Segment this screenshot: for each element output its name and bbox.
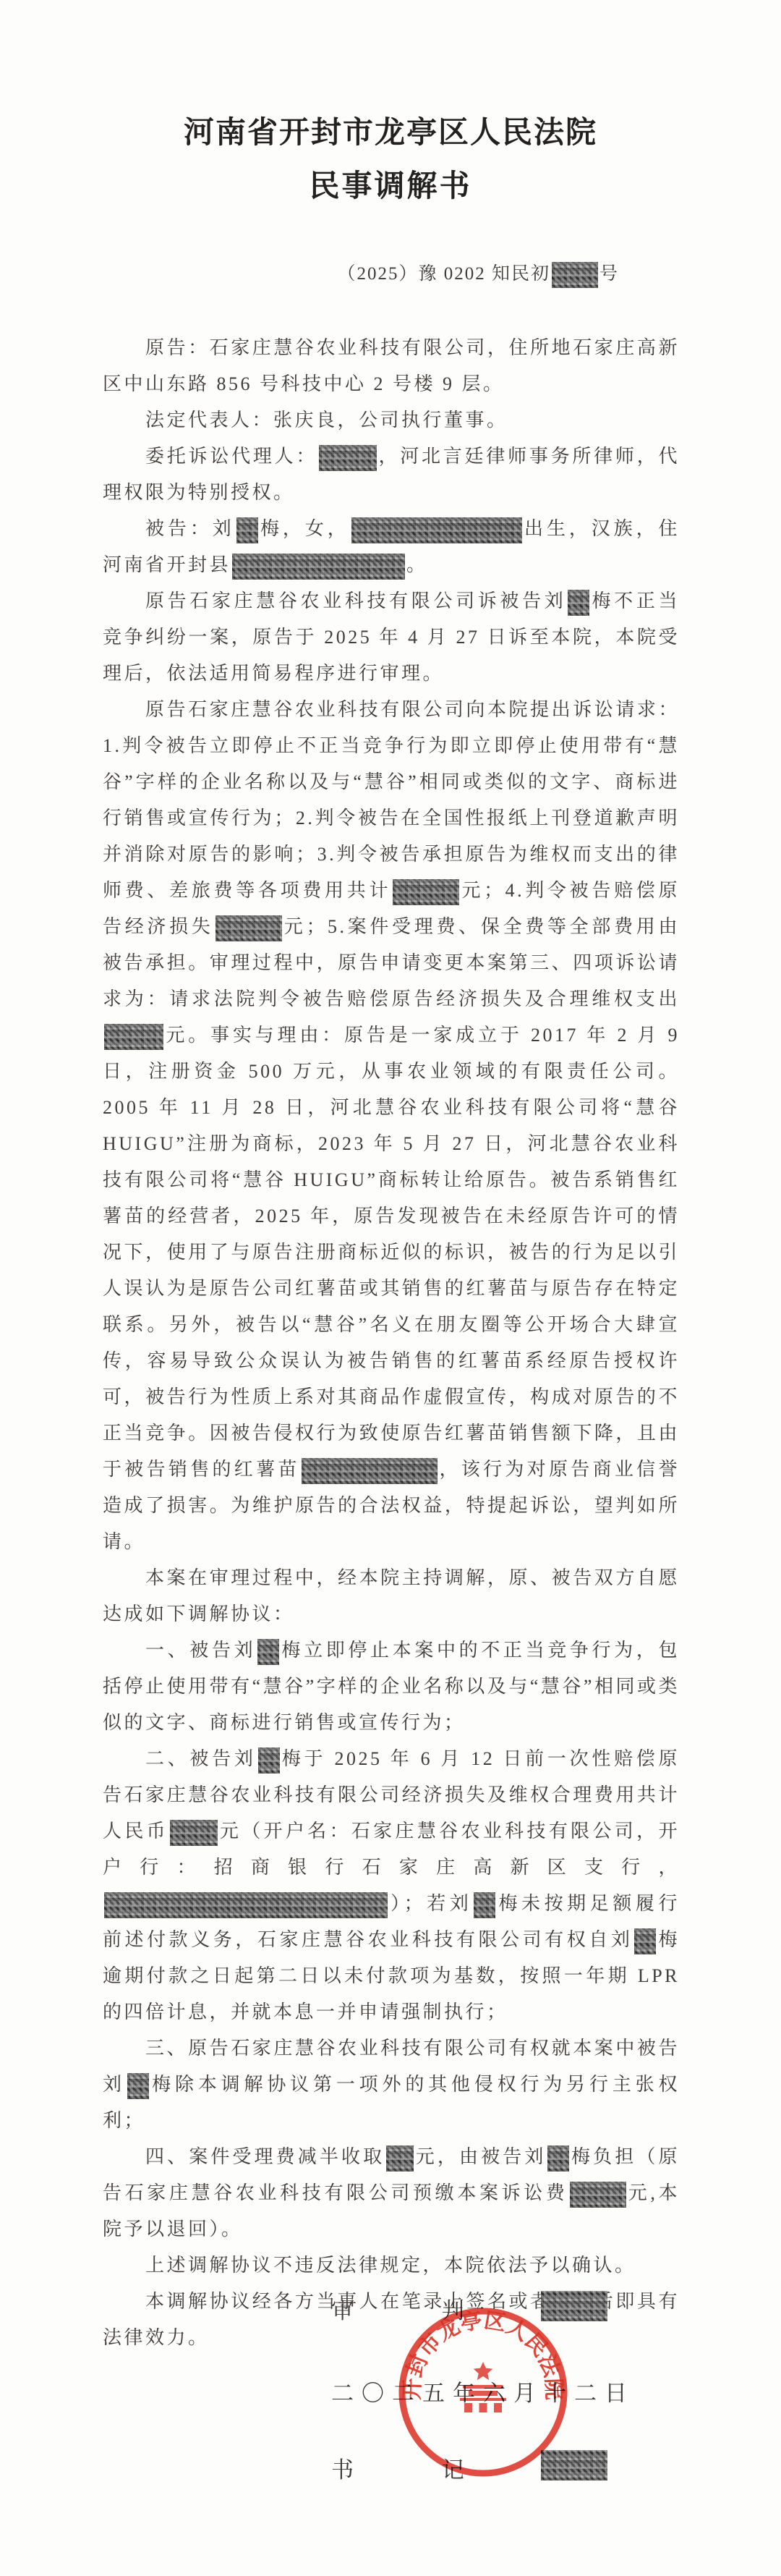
redacted-text — [257, 1639, 279, 1665]
paragraph: 一、被告刘梅立即停止本案中的不正当竞争行为，包括停止使用带有“慧谷”字样的企业名… — [103, 1632, 680, 1741]
redacted-text — [474, 1892, 495, 1918]
paragraph: 被告：刘梅，女，出生，汉族，住河南省开封县。 — [103, 511, 680, 583]
paragraph: 法定代表人：张庆良，公司执行董事。 — [103, 402, 680, 438]
redacted-text — [570, 2182, 626, 2208]
paragraph: 二、被告刘梅于 2025 年 6 月 12 日前一次性赔偿原告石家庄慧谷农业科技… — [103, 1741, 680, 2030]
redacted-text — [393, 879, 459, 905]
redacted-text — [302, 1458, 438, 1484]
redacted-text — [215, 915, 282, 941]
document-type-title: 民事调解书 — [0, 162, 781, 206]
judge-name-redaction — [541, 2291, 607, 2321]
paragraph: 委托诉讼代理人：，河北言廷律师事务所律师，代理权限为特别授权。 — [103, 438, 680, 511]
redacted-text — [127, 2073, 149, 2099]
redacted-text — [386, 2145, 414, 2172]
paragraph: 原告：石家庄慧谷农业科技有限公司，住所地石家庄高新区中山东路 856 号科技中心… — [103, 330, 680, 402]
redacted-text — [258, 1747, 280, 1774]
redacted-text — [319, 445, 377, 471]
paragraph: 本案在审理过程中，经本院主持调解，原、被告双方自愿达成如下调解协议： — [103, 1560, 680, 1632]
clerk-name-redaction — [541, 2450, 607, 2480]
case-number: （2025）豫 0202 知民初号 — [0, 259, 781, 288]
redacted-text — [634, 1928, 656, 1954]
redacted-text — [232, 554, 405, 580]
redacted-text — [568, 590, 589, 616]
document-page: 河南省开封市龙亭区人民法院 民事调解书 （2025）豫 0202 知民初号 原告… — [0, 0, 781, 2576]
redacted-text — [170, 1820, 218, 1846]
paragraph: 上述调解协议不违反法律规定，本院依法予以确认。 — [103, 2247, 680, 2284]
redacted-text — [547, 2145, 569, 2172]
paragraph: 原告石家庄慧谷农业科技有限公司诉被告刘梅不正当竞争纠纷一案，原告于 2025 年… — [103, 583, 680, 692]
redacted-text — [236, 517, 258, 543]
paragraph: 三、原告石家庄慧谷农业科技有限公司有权就本案中被告刘梅除本调解协议第一项外的其他… — [103, 2030, 680, 2139]
redacted-text — [552, 262, 598, 288]
court-name: 河南省开封市龙亭区人民法院 — [0, 0, 781, 152]
paragraph: 原告石家庄慧谷农业科技有限公司向本院提出诉讼请求：1.判令被告立即停止不正当竞争… — [103, 692, 680, 1560]
paragraph: 四、案件受理费减半收取元，由被告刘梅负担（原告石家庄慧谷农业科技有限公司预缴本案… — [103, 2139, 680, 2247]
redacted-text — [351, 517, 522, 543]
redacted-text — [104, 1892, 388, 1918]
document-body: 原告：石家庄慧谷农业科技有限公司，住所地石家庄高新区中山东路 856 号科技中心… — [103, 330, 680, 2356]
decision-date: 二〇二五年六月十二日 — [331, 2375, 635, 2407]
redacted-text — [104, 1024, 163, 1050]
